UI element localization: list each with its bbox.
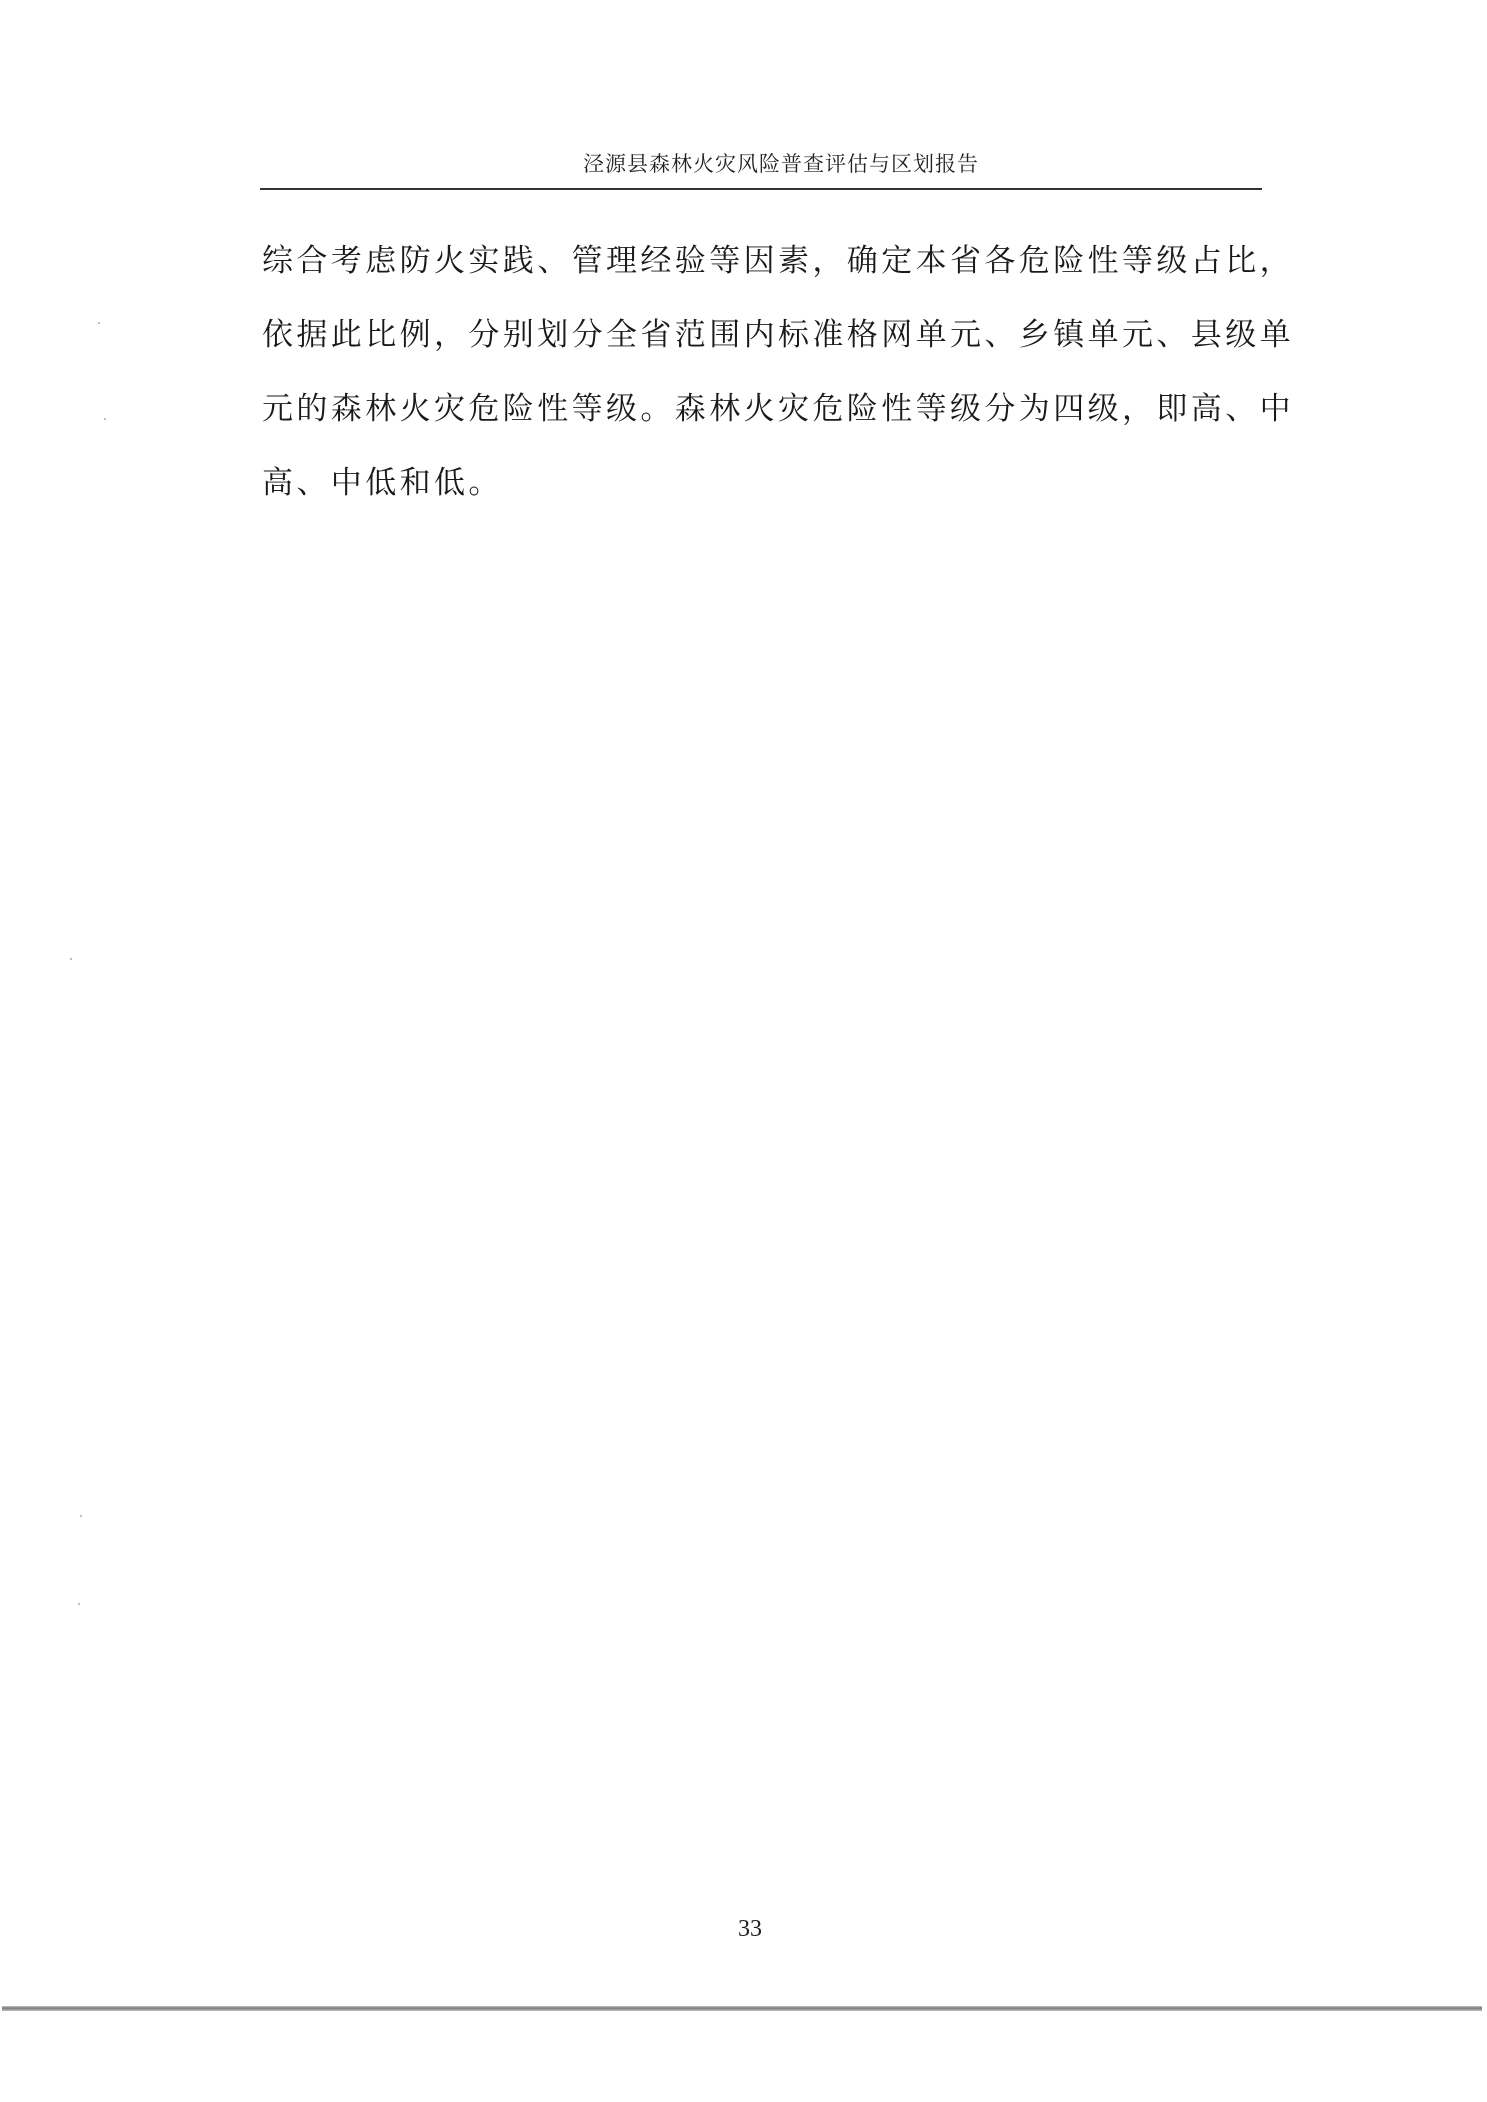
header-title: 泾源县森林火灾风险普查评估与区划报告 <box>583 150 979 178</box>
page-number: 33 <box>700 1916 800 1943</box>
paragraph-line: 高、中低和低。 <box>262 446 1262 520</box>
scan-speck <box>70 958 72 960</box>
scan-bottom-edge <box>2 2006 1482 2011</box>
body-paragraph: 综合考虑防火实践、管理经验等因素，确定本省各危险性等级占比， 依据此比例，分别划… <box>262 224 1262 520</box>
paragraph-line: 综合考虑防火实践、管理经验等因素，确定本省各危险性等级占比， <box>262 224 1262 298</box>
paragraph-line: 依据此比例，分别划分全省范围内标准格网单元、乡镇单元、县级单 <box>262 298 1262 372</box>
scan-speck <box>78 1603 80 1605</box>
scan-speck <box>104 418 106 420</box>
paragraph-line: 元的森林火灾危险性等级。森林火灾危险性等级分为四级，即高、中 <box>262 372 1262 446</box>
scan-speck <box>80 1515 82 1517</box>
page-header: 泾源县森林火灾风险普查评估与区划报告 <box>260 150 1262 178</box>
header-divider <box>260 188 1262 190</box>
scan-speck <box>98 322 100 324</box>
